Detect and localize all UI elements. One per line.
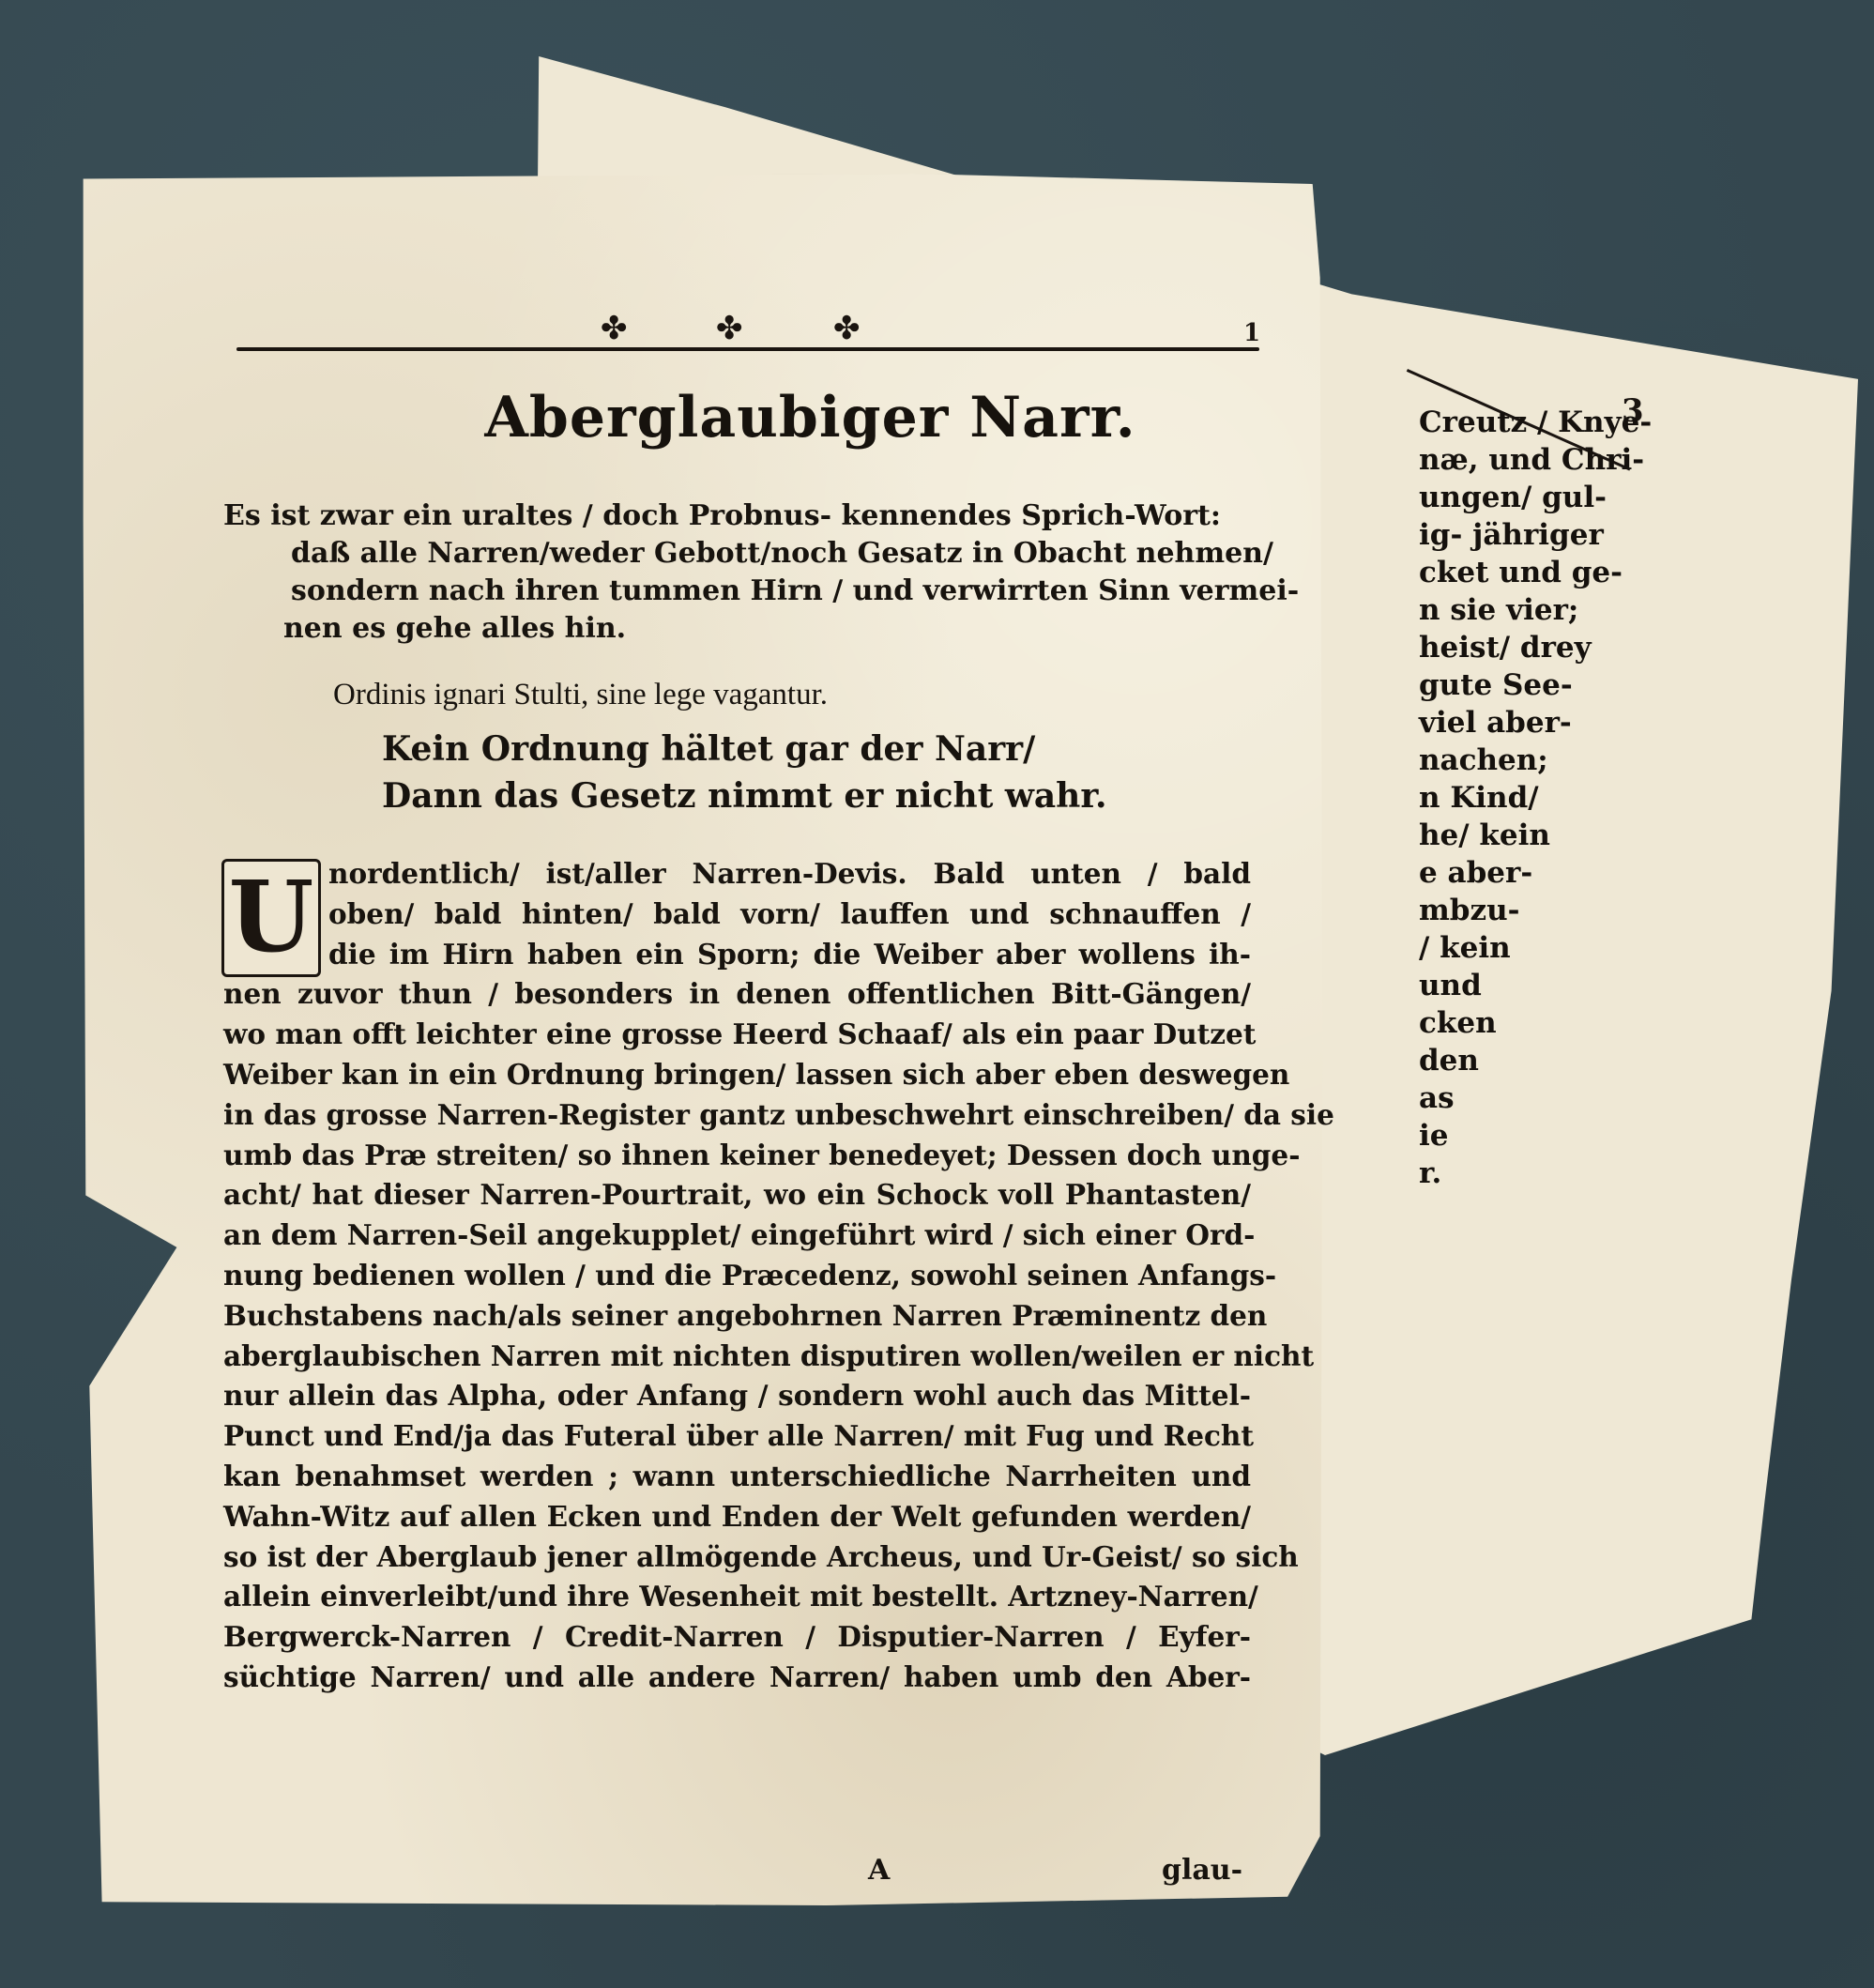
back-line: nachen; xyxy=(1419,742,1663,779)
page-title: Aberglaubiger Narr. xyxy=(0,385,1874,451)
intro-line: Es ist zwar ein uraltes / doch Probnus- … xyxy=(223,497,1299,535)
back-line: he/ kein xyxy=(1419,817,1663,854)
body-line: Wahn-Witz auf allen Ecken und Enden der … xyxy=(223,1497,1251,1537)
body-line: Buchstabens nach/als seiner angebohrnen … xyxy=(223,1296,1251,1337)
back-line: cket und ge- xyxy=(1419,554,1663,591)
body-line: nordentlich/ ist/aller Narren-Devis. Bal… xyxy=(223,854,1251,895)
intro-paragraph: Es ist zwar ein uraltes / doch Probnus- … xyxy=(223,497,1299,648)
back-line: mbzu- xyxy=(1419,892,1663,929)
back-line: ungen/ gul- xyxy=(1419,479,1663,516)
back-line: gute See- xyxy=(1419,666,1663,704)
body-line: die im Hirn haben ein Sporn; die Weiber … xyxy=(223,935,1251,975)
ornament-fleuron-icon: ✤ xyxy=(601,310,628,347)
body-paragraph: nordentlich/ ist/aller Narren-Devis. Bal… xyxy=(223,854,1251,1698)
intro-line: nen es gehe alles hin. xyxy=(223,610,1299,648)
body-line: umb das Præ streiten/ so ihnen keiner be… xyxy=(223,1136,1251,1176)
latin-motto: Ordinis ignari Stulti, sine lege vagantu… xyxy=(333,678,828,712)
body-line: süchtige Narren/ und alle andere Narren/… xyxy=(223,1658,1251,1698)
body-line: nung bedienen wollen / und die Præcedenz… xyxy=(223,1256,1251,1296)
body-line: so ist der Aberglaub jener allmögende Ar… xyxy=(223,1537,1251,1578)
verse-line: Kein Ordnung hältet gar der Narr/ xyxy=(382,726,1107,772)
body-line: nur allein das Alpha, oder Anfang / sond… xyxy=(223,1376,1251,1416)
body-line: Punct und End/ja das Futeral über alle N… xyxy=(223,1416,1251,1457)
body-line: oben/ bald hinten/ bald vorn/ lauffen un… xyxy=(223,895,1251,935)
intro-line: sondern nach ihren tummen Hirn / und ver… xyxy=(223,573,1299,610)
body-line: Bergwerck-Narren / Credit-Narren / Dispu… xyxy=(223,1617,1251,1658)
signature-mark: A xyxy=(868,1854,890,1887)
front-page-number: 1 xyxy=(1243,319,1260,347)
back-line: e aber- xyxy=(1419,854,1663,892)
body-line: kan benahmset werden ; wann unterschiedl… xyxy=(223,1457,1251,1497)
back-line: heist/ drey xyxy=(1419,629,1663,666)
back-line: n sie vier; xyxy=(1419,591,1663,629)
back-line: den xyxy=(1419,1042,1663,1079)
back-line: ie xyxy=(1419,1117,1663,1155)
back-page-text-fragments: Creutz / Knye- næ, und Chri- ungen/ gul-… xyxy=(1419,404,1663,1192)
back-line: viel aber- xyxy=(1419,704,1663,742)
body-line: allein einverleibt/und ihre Wesenheit mi… xyxy=(223,1577,1251,1617)
verse: Kein Ordnung hältet gar der Narr/ Dann d… xyxy=(382,726,1107,819)
body-line: nen zuvor thun / besonders in denen offe… xyxy=(223,974,1251,1015)
back-line: cken xyxy=(1419,1004,1663,1042)
body-line: aberglaubischen Narren mit nichten dispu… xyxy=(223,1337,1251,1377)
body-line: in das grosse Narren-Register gantz unbe… xyxy=(223,1095,1251,1136)
body-line: wo man offt leichter eine grosse Heerd S… xyxy=(223,1015,1251,1055)
ornament-fleuron-icon: ✤ xyxy=(833,310,861,347)
back-line: und xyxy=(1419,967,1663,1004)
back-line: ig- jähriger xyxy=(1419,516,1663,554)
back-line: r. xyxy=(1419,1155,1663,1192)
body-line: an dem Narren-Seil angekupplet/ eingefüh… xyxy=(223,1216,1251,1256)
body-line: Weiber kan in ein Ordnung bringen/ lasse… xyxy=(223,1055,1251,1095)
catchword: glau- xyxy=(1162,1854,1242,1887)
back-line: as xyxy=(1419,1079,1663,1117)
body-line: acht/ hat dieser Narren-Pourtrait, wo ei… xyxy=(223,1175,1251,1216)
ornament-fleuron-icon: ✤ xyxy=(716,310,743,347)
back-line: / kein xyxy=(1419,929,1663,967)
verse-line: Dann das Gesetz nimmt er nicht wahr. xyxy=(382,772,1107,819)
header-rule xyxy=(236,347,1259,351)
back-line: n Kind/ xyxy=(1419,779,1663,817)
intro-line: daß alle Narren/weder Gebott/noch Gesatz… xyxy=(223,535,1299,573)
